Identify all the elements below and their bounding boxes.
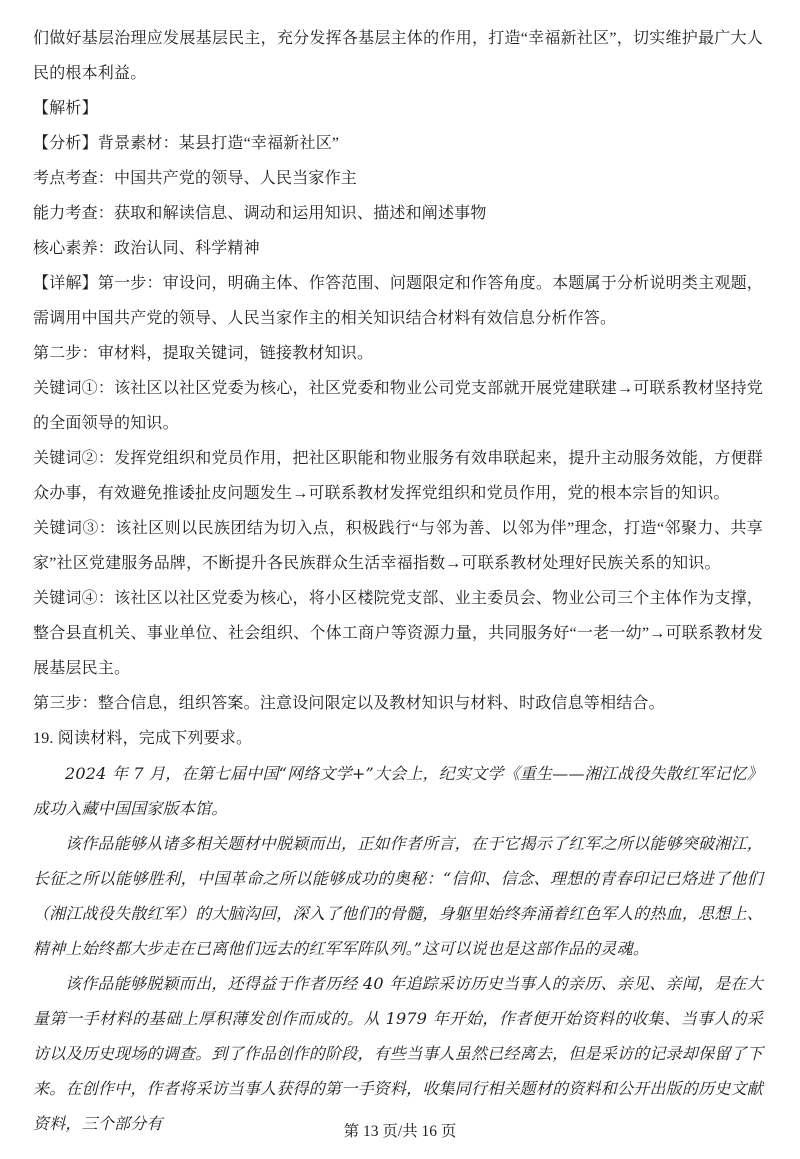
keyword1-paragraph: 关键词①：该社区以社区党委为核心，社区党委和物业公司党支部就开展党建联建→可联系… bbox=[33, 371, 763, 441]
document-body: 们做好基层治理应发展基层民主，充分发挥各基层主体的作用，打造“幸福新社区”，切实… bbox=[33, 21, 763, 1141]
material-paragraph-3: 该作品能够脱颖而出，还得益于作者历经 40 年追踪采访历史当事人的亲历、亲见、亲… bbox=[33, 966, 763, 1141]
step2-line: 第二步：审材料，提取关键词，链接教材知识。 bbox=[33, 336, 763, 371]
fenxi-background-line: 【分析】背景素材：某县打造“幸福新社区” bbox=[33, 126, 763, 161]
hexin-line: 核心素养：政治认同、科学精神 bbox=[33, 231, 763, 266]
material-paragraph-1: 2024 年 7 月，在第七届中国“网络文学+”大会上，纪实文学《重生——湘江战… bbox=[33, 756, 763, 826]
keyword4-paragraph: 关键词④：该社区以社区党委为核心，将小区楼院党支部、业主委员会、物业公司三个主体… bbox=[33, 581, 763, 686]
continuation-paragraph: 们做好基层治理应发展基层民主，充分发挥各基层主体的作用，打造“幸福新社区”，切实… bbox=[33, 21, 763, 91]
xiangjie-step1-paragraph: 【详解】第一步：审设问，明确主体、作答范围、问题限定和作答角度。本题属于分析说明… bbox=[33, 266, 763, 336]
jiexi-label: 【解析】 bbox=[33, 91, 763, 126]
step3-line: 第三步：整合信息，组织答案。注意设问限定以及教材知识与材料、时政信息等相结合。 bbox=[33, 686, 763, 721]
question-19-heading: 19. 阅读材料，完成下列要求。 bbox=[33, 721, 763, 756]
material-paragraph-2: 该作品能够从诸多相关题材中脱颖而出，正如作者所言，在于它揭示了红军之所以能够突破… bbox=[33, 826, 763, 966]
keyword3-paragraph: 关键词③：该社区则以民族团结为切入点，积极践行“与邻为善、以邻为伴”理念，打造“… bbox=[33, 511, 763, 581]
document-page: 们做好基层治理应发展基层民主，充分发挥各基层主体的作用，打造“幸福新社区”，切实… bbox=[0, 0, 800, 1159]
keyword2-paragraph: 关键词②：发挥党组织和党员作用，把社区职能和物业服务有效串联起来，提升主动服务效… bbox=[33, 441, 763, 511]
kaodian-line: 考点考查：中国共产党的领导、人民当家作主 bbox=[33, 161, 763, 196]
nengli-line: 能力考查：获取和解读信息、调动和运用知识、描述和阐述事物 bbox=[33, 196, 763, 231]
page-number-footer: 第 13 页/共 16 页 bbox=[0, 1121, 800, 1143]
